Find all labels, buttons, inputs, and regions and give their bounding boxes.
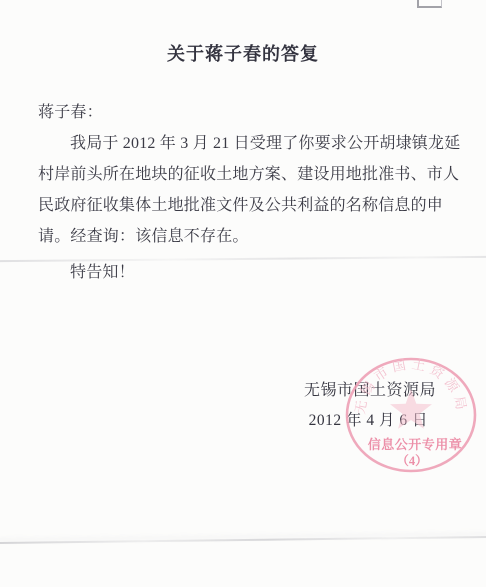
seal-number: （4） — [396, 453, 427, 468]
scanned-letter-page: 关于蒋子春的答复 蒋子春： 我局于 2012 年 3 月 21 日受理了你要求公… — [0, 0, 486, 587]
salutation: 蒋子春： — [38, 97, 452, 128]
signature-organization: 无锡市国土资源局 — [304, 377, 436, 400]
signature-date: 2012 年 4 月 6 日 — [309, 408, 428, 430]
notice-line: 特告知！ — [38, 257, 452, 288]
paper-crease-line — [0, 536, 486, 544]
scan-corner-artifact — [417, 0, 442, 8]
seal-label: 信息公开专用章 — [368, 437, 463, 452]
letter-title: 关于蒋子春的答复 — [0, 40, 486, 66]
body-line: 我局于 2012 年 3 月 21 日受理了你要求公开胡埭镇龙延 — [38, 128, 452, 159]
letter-body: 蒋子春： 我局于 2012 年 3 月 21 日受理了你要求公开胡埭镇龙延 村岸… — [38, 97, 452, 288]
body-line: 村岸前头所在地块的征收土地方案、建设用地批准书、市人 — [38, 159, 452, 190]
body-line: 民政府征收集体土地批准文件及公共利益的名称信息的申 — [38, 190, 452, 221]
body-line: 请。经查询：该信息不存在。 — [38, 221, 452, 252]
